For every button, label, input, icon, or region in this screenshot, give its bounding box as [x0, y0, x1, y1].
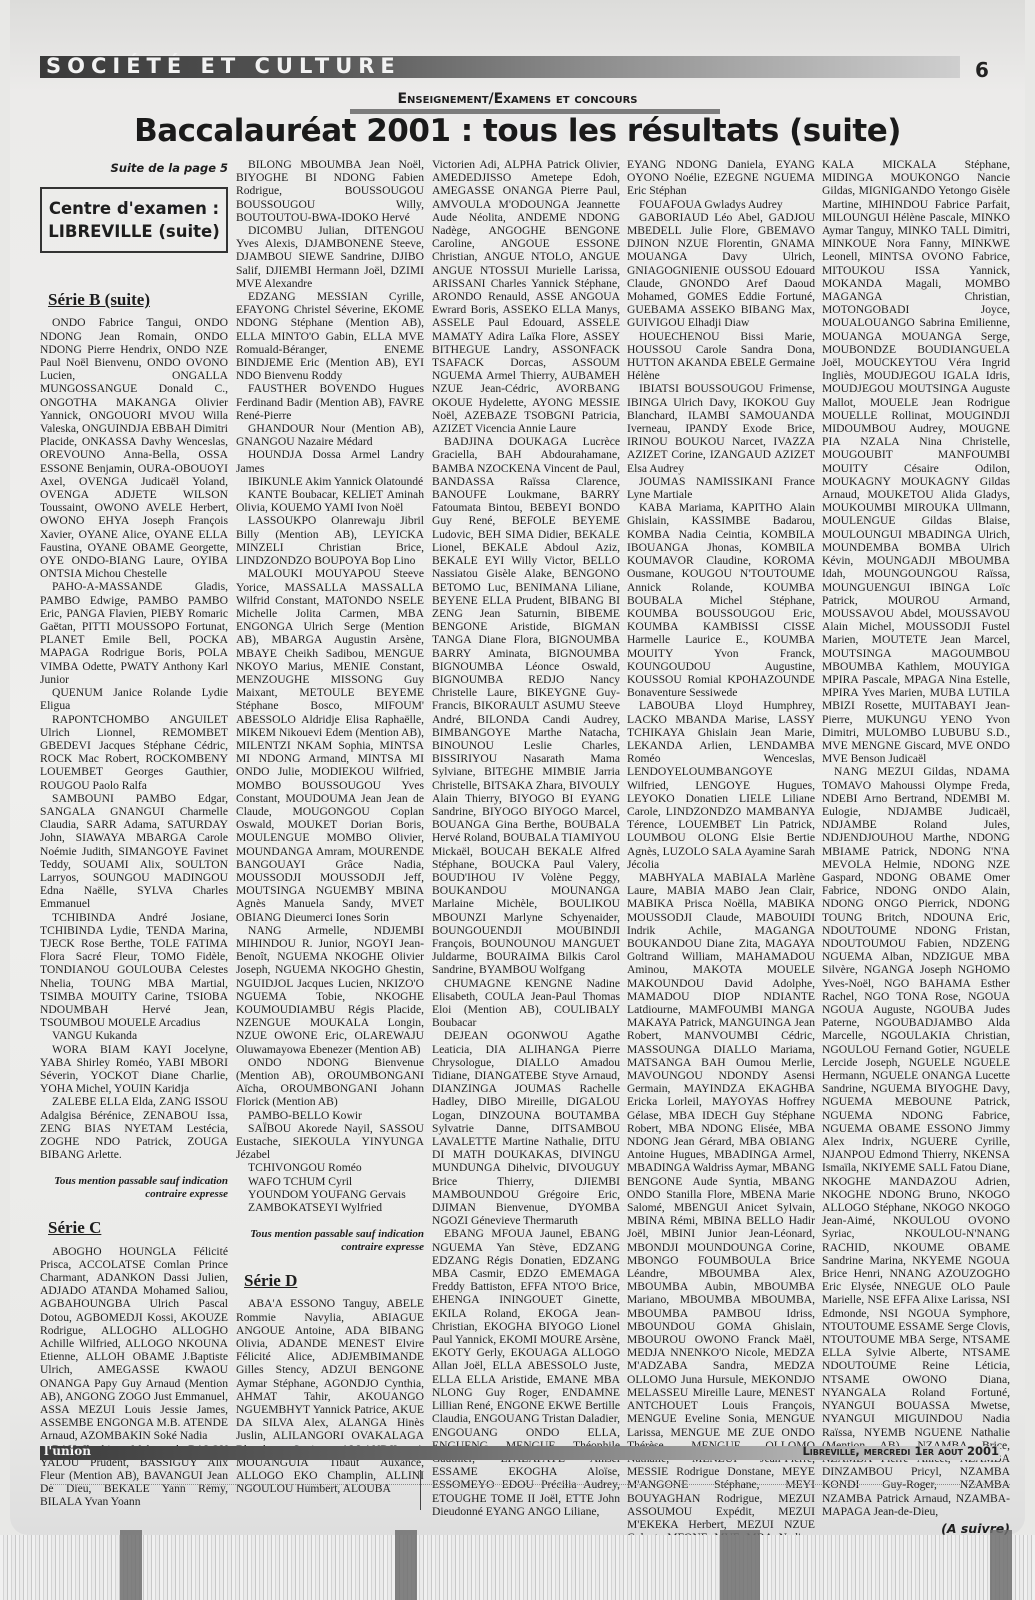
name-list-paragraph: RAPONTCHOMBO ANGUILET Ulrich Lionnel, RE… — [40, 713, 228, 792]
name-list-paragraph: EYANG NDONG Daniela, EYANG OYONO Noélie,… — [627, 158, 815, 198]
serie-c-heading: Série C — [48, 1221, 228, 1234]
scanner-stripe — [395, 1530, 417, 1600]
scanner-background — [0, 1535, 1035, 1600]
name-list-paragraph: KALA MICKALA Stéphane, MIDINGA MOUKONGO … — [822, 158, 1010, 765]
name-list-paragraph: KANTE Boubacar, KELIET Aminah Olivia, KO… — [236, 488, 424, 514]
name-list-paragraph: ONDO NDONG Bienvenue (Mention AB), OROUM… — [236, 1056, 424, 1109]
name-list-paragraph: SAÏBOU Akorede Nayil, SASSOU Eustache, S… — [236, 1122, 424, 1162]
name-list-paragraph: HOUNDJA Dossa Armel Landry James — [236, 448, 424, 474]
name-list-paragraph: MALOUKI MOUYAPOU Steeve Yorice, MASSALLA… — [236, 567, 424, 923]
serie-b-heading: Série B (suite) — [48, 293, 228, 306]
column-1: Suite de la page 5 Centre d'examen : LIB… — [40, 158, 228, 1509]
exam-centre-label: Centre d'examen : — [46, 197, 222, 220]
name-list-paragraph: LABOUBA Lloyd Humphrey, LACKO MBANDA Mar… — [627, 699, 815, 871]
name-list-paragraph: CHUMAGNE KENGNE Nadine Elisabeth, COULA … — [432, 977, 620, 1030]
name-list-paragraph: HOUECHENOU Bissi Marie, HOUSSOU Carole S… — [627, 330, 815, 383]
name-list-paragraph: WORA BIAM KAYI Jocelyne, YABA Shirley Ro… — [40, 1043, 228, 1096]
column-2: BILONG MBOUMBA Jean Noël, BIYOGHE BI NDO… — [236, 158, 424, 1496]
name-list-paragraph: KABA Mariama, KAPITHO Alain Ghislain, KA… — [627, 501, 815, 699]
name-list-paragraph: QUENUM Janice Rolande Lydie Eligua — [40, 686, 228, 712]
name-list-paragraph: NANG Armelle, NDJEMBI MIHINDOU R. Junior… — [236, 924, 424, 1056]
serie-d-heading: Série D — [244, 1274, 424, 1287]
name-list-paragraph: EBANG MFOUA Jaunel, EBANG NGUEMA Yan Stè… — [432, 1227, 620, 1517]
name-list-paragraph: WAFO TCHUM Cyril — [236, 1175, 424, 1188]
name-list-paragraph: IBIATSI BOUSSOUGOU Frimense, IBINGA Ulri… — [627, 382, 815, 474]
name-list-paragraph: TCHIVONGOU Roméo — [236, 1161, 424, 1174]
exam-centre-city: LIBREVILLE (suite) — [46, 220, 222, 243]
name-list-paragraph: ONDO Fabrice Tangui, ONDO NDONG Jean Rom… — [40, 316, 228, 580]
name-list-paragraph: JOUMAS NAMISSIKANI France Lyne Martiale — [627, 475, 815, 501]
name-list-paragraph: FOUAFOUA Gwladys Audrey — [627, 198, 815, 211]
name-list-paragraph: DEJEAN OGONWOU Agathe Leaticia, DIA ALIH… — [432, 1029, 620, 1227]
column-5: KALA MICKALA Stéphane, MIDINGA MOUKONGO … — [822, 158, 1010, 1535]
scanner-stripe — [120, 1530, 142, 1600]
to-be-continued: (A suivre) — [822, 1522, 1010, 1535]
dateline: Libreville, mercredi 1er aout 2001 — [802, 1444, 999, 1458]
mention-note: Tous mention passable sauf indication co… — [236, 1228, 424, 1254]
name-list-paragraph: EDZANG MESSIAN Cyrille, EFAYONG Christel… — [236, 290, 424, 382]
rubric-title: Enseignement/Examens et concours — [0, 91, 1035, 107]
continued-from: Suite de la page 5 — [40, 162, 228, 175]
name-list-paragraph: Victorien Adi, ALPHA Patrick Olivier, AM… — [432, 158, 620, 435]
exam-centre-box: Centre d'examen : LIBREVILLE (suite) — [40, 187, 228, 253]
name-list-paragraph: FAUSTHER BOVENDO Hugues Ferdinand Badir … — [236, 382, 424, 422]
column-3: Victorien Adi, ALPHA Patrick Olivier, AM… — [432, 158, 620, 1518]
name-list-paragraph: TCHIBINDA André Josiane, TCHIBINDA Lydie… — [40, 911, 228, 1030]
scanner-stripe — [720, 1530, 760, 1600]
column-4: EYANG NDONG Daniela, EYANG OYONO Noélie,… — [627, 158, 815, 1558]
scanner-stripe — [990, 1530, 1012, 1600]
name-list-paragraph: ZAMBOKATSEYI Wylfried — [236, 1201, 424, 1214]
name-list-paragraph: ABA'A ESSONO Tanguy, ABELE Rommie Navyli… — [236, 1297, 424, 1495]
name-list-paragraph: ABOGHO HOUNGLA Félicité Prisca, ACCOLATS… — [40, 1245, 228, 1443]
mention-note: Tous mention passable sauf indication co… — [40, 1175, 228, 1201]
section-title: SOCIÉTÉ ET CULTURE — [46, 54, 401, 78]
name-list-paragraph: ZALEBE ELLA Elda, ZANG ISSOU Adalgisa Bé… — [40, 1095, 228, 1161]
name-list-paragraph: GABORIAUD Léo Abel, GADJOU MBEDELL Julie… — [627, 211, 815, 330]
name-list-paragraph: GHANDOUR Nour (Mention AB), GNANGOU Naza… — [236, 422, 424, 448]
name-list-paragraph: PAMBO-BELLO Kowir — [236, 1109, 424, 1122]
page-number: 6 — [975, 58, 989, 82]
name-list-paragraph: LASSOUKPO Olanrewaju Jibril Billy (Menti… — [236, 514, 424, 567]
name-list-paragraph: BADJINA DOUKAGA Lucrèce Graciella, BAH A… — [432, 435, 620, 976]
name-list-paragraph: DICOMBU Julian, DITENGOU Yves Alexis, DJ… — [236, 224, 424, 290]
name-list-paragraph: VANGU Kukanda — [40, 1029, 228, 1042]
name-list-paragraph: NANG MEZUI Gildas, NDAMA TOMAVO Mahoussi… — [822, 765, 1010, 1518]
newspaper-brand: l'union — [44, 1444, 91, 1458]
name-list-paragraph: BILONG MBOUMBA Jean Noël, BIYOGHE BI NDO… — [236, 158, 424, 224]
name-list-paragraph: IBIKUNLE Akim Yannick Olatoundé — [236, 475, 424, 488]
perforation-line — [50, 1484, 1010, 1485]
name-list-paragraph: YOUNDOM YOUFANG Gervais — [236, 1188, 424, 1201]
name-list-paragraph: PAHO-A-MASSANDE Gladis, PAMBO Edwige, PA… — [40, 580, 228, 686]
name-list-paragraph: SAMBOUNI PAMBO Edgar, SANGALA GNANGUI Ch… — [40, 792, 228, 911]
fold-mark — [420, 1470, 421, 1510]
headline: Baccalauréat 2001 : tous les résultats (… — [0, 113, 1035, 149]
